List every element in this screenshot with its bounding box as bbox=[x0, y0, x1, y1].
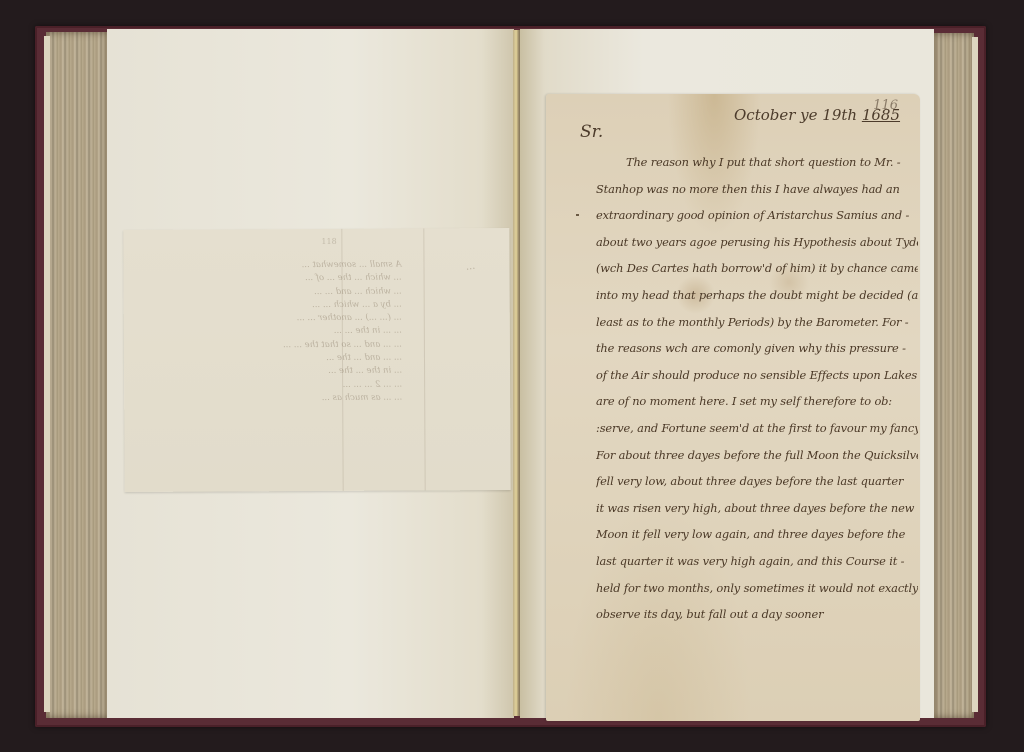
slip-folio-number: 118 bbox=[321, 237, 336, 246]
letter-line: held for two months, only sometimes it w… bbox=[596, 575, 918, 602]
letter-line: fell very low, about three dayes before … bbox=[596, 468, 918, 495]
letter-line: The reason why I put that short question… bbox=[596, 149, 918, 176]
letter-line: For about three dayes before the full Mo… bbox=[596, 442, 918, 469]
mounted-slip: 118 A small ... somewhat ... ... which .… bbox=[123, 228, 510, 492]
letter-line: the reasons wch are comonly given why th… bbox=[596, 335, 918, 362]
ink-mark bbox=[576, 214, 579, 216]
letter-line: last quarter it was very high again, and… bbox=[596, 548, 918, 575]
date-prefix: October ye 19th bbox=[734, 106, 862, 124]
letter-line: of the Air should produce no sensible Ef… bbox=[596, 362, 918, 389]
fold-line bbox=[423, 228, 425, 490]
letter-line: are of no moment here. I set my self the… bbox=[596, 388, 918, 415]
letter-line: observe its day, but fall out a day soon… bbox=[596, 601, 918, 628]
date-year: 1685 bbox=[862, 106, 900, 124]
page-edge-lip-left bbox=[44, 36, 50, 712]
page-edges-left bbox=[46, 32, 108, 718]
letter-date: October ye 19th 1685 bbox=[734, 106, 900, 124]
letter-line: Stanhop was no more then this I have alw… bbox=[596, 176, 918, 203]
letter-line: Moon it fell very low again, and three d… bbox=[596, 521, 918, 548]
letter-line: it was risen very high, about three daye… bbox=[596, 495, 918, 522]
handwritten-letter: 116 Sr. October ye 19th 1685 The reason … bbox=[546, 94, 920, 721]
letter-line: :serve, and Fortune seem'd at the first … bbox=[596, 415, 918, 442]
letter-line: (wch Des Cartes hath borrow'd of him) it… bbox=[596, 255, 918, 282]
page-edge-lip-right bbox=[972, 37, 978, 712]
margin-note: ... bbox=[435, 253, 507, 281]
letter-body: The reason why I put that short question… bbox=[596, 149, 918, 628]
salutation: Sr. bbox=[580, 122, 603, 142]
letter-line: into my head that perhaps the doubt migh… bbox=[596, 282, 918, 309]
letter-line: least as to the monthly Periods) by the … bbox=[596, 309, 918, 336]
letter-line: extraordinary good opinion of Aristarchu… bbox=[596, 202, 918, 229]
letter-line: about two years agoe perusing his Hypoth… bbox=[596, 229, 918, 256]
page-edges-right bbox=[934, 33, 974, 718]
bleed-through-text: A small ... somewhat ... ... which ... t… bbox=[141, 259, 402, 407]
